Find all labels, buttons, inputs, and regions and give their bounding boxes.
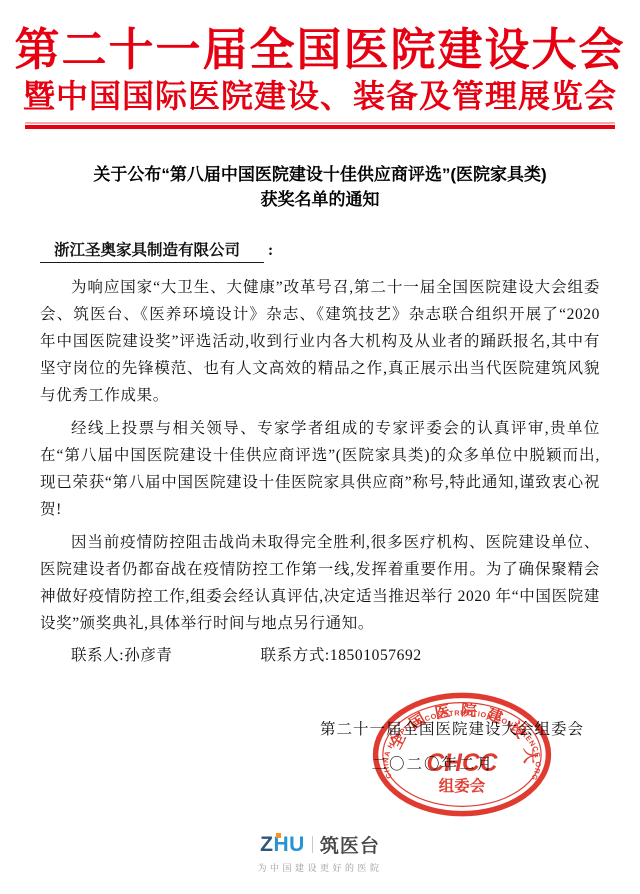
zhu-letter-z: Z [260,833,273,856]
notice-title-line2: 获奖名单的通知 [0,187,640,212]
contact-person: 孙彦青 [124,647,172,664]
notice-title: 关于公布“第八届中国医院建设十佳供应商评选”(医院家具类) 获奖名单的通知 [0,162,640,212]
zhu-orange-dot-icon [276,833,281,838]
notice-body: 为响应国家“大卫生、大健康”改革号召,第二十一届全国医院建设大会组委会、筑医台、… [40,274,600,637]
paragraph-2: 经线上投票与相关领导、专家学者组成的专家评委会的认真评审,贵单位在“第八届中国医… [40,415,600,523]
separator-thick-line [25,125,615,129]
contact-person-label: 联系人: [71,647,124,664]
footer-tagline: 为中国建设更好的医院 [0,861,640,874]
stamp-committee-text: 组委会 [439,776,486,795]
letterhead-subtitle: 暨中国国际医院建设、装备及管理展览会 [0,78,640,115]
signature-date: 二〇二〇年二月 [0,752,640,774]
contact-phone-label: 联系方式: [261,647,330,664]
letterhead-separator [25,122,615,129]
addressee-colon: : [268,242,273,259]
zhuyitai-wordmark: 筑医台 [320,831,380,858]
logo-divider [312,836,313,853]
letterhead: 第二十一届全国医院建设大会 暨中国国际医院建设、装备及管理展览会 [0,0,640,129]
footer: ZHU 筑医台 为中国建设更好的医院 [0,831,640,874]
paragraph-3: 因当前疫情防控阻击战尚未取得完全胜利,很多医疗机构、医院建设单位、医院建设者仍都… [40,529,600,637]
addressee-line: 浙江圣奥家具制造有限公司: [40,238,600,260]
zhu-logo-letters: ZHU [260,833,305,857]
addressee-name: 浙江圣奥家具制造有限公司 [40,242,264,263]
zhu-letter-u: U [289,833,305,856]
letterhead-title: 第二十一届全国医院建设大会 [0,26,640,76]
notice-title-line1: 关于公布“第八届中国医院建设十佳供应商评选”(医院家具类) [0,162,640,187]
zhuyitai-logo: ZHU 筑医台 [260,831,380,858]
separator-thin-line [25,122,615,124]
signature-organization: 第二十一届全国医院建设大会组委会 [0,717,640,739]
paragraph-1: 为响应国家“大卫生、大健康”改革号召,第二十一届全国医院建设大会组委会、筑医台、… [40,274,600,409]
contact-line: 联系人:孙彦青联系方式:18501057692 [40,643,600,665]
notice-document: 第二十一届全国医院建设大会 暨中国国际医院建设、装备及管理展览会 关于公布“第八… [0,0,640,894]
contact-phone: 18501057692 [330,647,422,664]
